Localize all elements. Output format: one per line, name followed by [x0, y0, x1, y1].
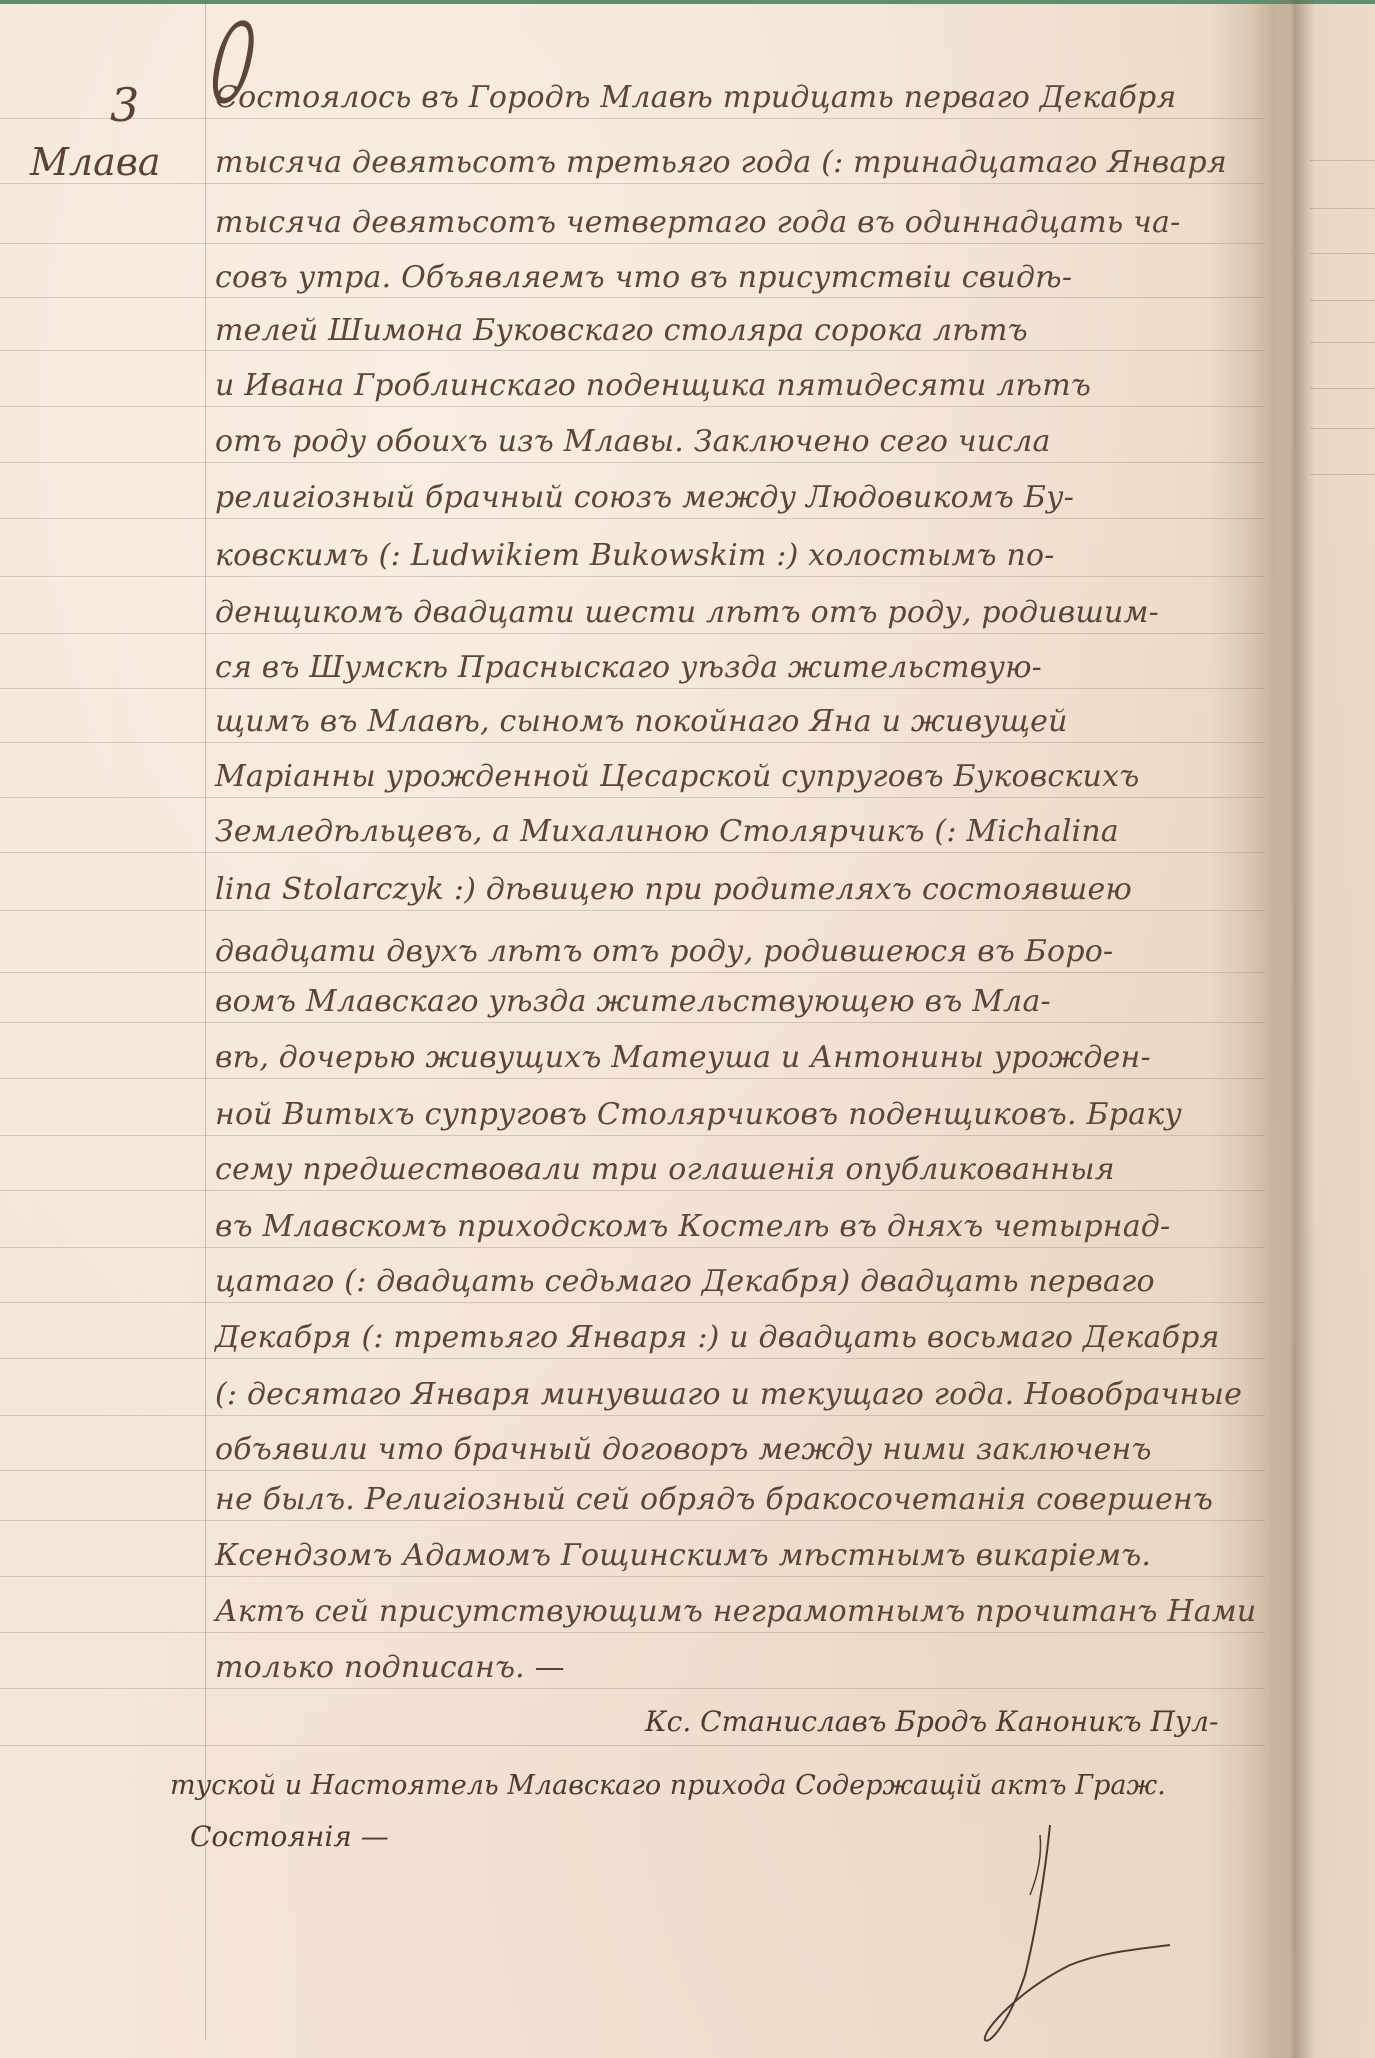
record-line: (: десятаго Января минувшаго и текущаго … [215, 1377, 1242, 1412]
ruled-line [0, 1415, 1265, 1416]
officiant-signature-line-2: туской и Настоятель Млавскаго прихода Со… [170, 1770, 1166, 1801]
record-line: Актъ сей присутствующимъ неграмотнымъ пр… [215, 1594, 1256, 1629]
record-line: lina Stolarczyk :) дѣвицею при родителях… [215, 872, 1132, 907]
ruled-line [0, 1576, 1265, 1577]
document-page: 3 Млава O Состоялось въ Городѣ Млавѣ три… [0, 0, 1375, 2058]
record-line: религіозный брачный союзъ между Людовико… [215, 480, 1074, 515]
ruled-line [0, 243, 1265, 244]
record-line: тысяча девятьсотъ третьяго года (: трина… [215, 145, 1227, 180]
record-line: и Ивана Гроблинскаго поденщика пятидесят… [215, 368, 1091, 403]
record-line: въ Млавскомъ приходскомъ Костелѣ въ днях… [215, 1209, 1170, 1244]
next-page-ruled-line [1310, 342, 1375, 343]
ruled-line [0, 350, 1265, 351]
page-top-edge [0, 0, 1375, 4]
ruled-line [0, 1190, 1265, 1191]
record-line: телей Шимона Буковскаго столяра сорока л… [215, 313, 1028, 348]
ruled-line [0, 1135, 1265, 1136]
next-page-ruled-line [1310, 160, 1375, 161]
ruled-line [0, 183, 1265, 184]
record-line: ся въ Шумскѣ Прасныскаго уѣзда жительств… [215, 650, 1042, 685]
record-line: только подписанъ. — [215, 1650, 565, 1685]
record-line: отъ роду обоихъ изъ Млавы. Заключено сег… [215, 424, 1051, 459]
margin-rule [205, 0, 206, 2040]
ruled-line [0, 1022, 1265, 1023]
ruled-line [0, 1358, 1265, 1359]
ruled-line [0, 1520, 1265, 1521]
record-line: вѣ, дочерью живущихъ Матеуша и Антонины … [215, 1040, 1151, 1075]
ruled-line [0, 1632, 1265, 1633]
ruled-line [0, 972, 1265, 973]
next-page-ruled-line [1310, 388, 1375, 389]
ruled-line [0, 1470, 1265, 1471]
signature-flourish [930, 1815, 1190, 2055]
ruled-line [0, 406, 1265, 407]
ruled-line [0, 910, 1265, 911]
record-line: ковскимъ (: Ludwikiem Bukowskim :) холос… [215, 538, 1055, 573]
next-page-ruled-line [1310, 253, 1375, 254]
record-line: двадцати двухъ лѣтъ отъ роду, родившеюся… [215, 934, 1113, 969]
ruled-line [0, 518, 1265, 519]
ruled-line [0, 688, 1265, 689]
record-line: сему предшествовали три оглашенія опубли… [215, 1152, 1115, 1187]
record-line: Декабря (: третьяго Января :) и двадцать… [215, 1320, 1220, 1355]
record-line: вомъ Млавскаго уѣзда жительствующею въ М… [215, 984, 1051, 1019]
entry-place: Млава [30, 140, 161, 184]
record-line: щимъ въ Млавѣ, сыномъ покойнаго Яна и жи… [215, 704, 1068, 739]
record-line: не былъ. Религіозный сей обрядъ бракосоч… [215, 1482, 1213, 1517]
ruled-line [0, 797, 1265, 798]
next-page-ruled-line [1310, 208, 1375, 209]
ruled-line [0, 1745, 1265, 1746]
record-line: объявили что брачный договоръ между ними… [215, 1432, 1152, 1467]
record-line: тысяча девятьсотъ четвертаго года въ оди… [215, 205, 1180, 240]
ruled-line [0, 297, 1265, 298]
next-page-ruled-line [1310, 300, 1375, 301]
record-line: Состоялось въ Городѣ Млавѣ тридцать перв… [215, 80, 1176, 115]
record-line: Маріанны урожденной Цесарской супруговъ … [215, 759, 1139, 794]
book-gutter [1270, 0, 1315, 2058]
officiant-signature-line-1: Кс. Станиславъ Бродъ Каноникъ Пул- [645, 1705, 1218, 1738]
entry-number: 3 [110, 78, 139, 132]
ruled-line [0, 1688, 1265, 1689]
ruled-line [0, 462, 1265, 463]
record-line: денщикомъ двадцати шести лѣтъ отъ роду, … [215, 595, 1159, 630]
record-line: Ксендзомъ Адамомъ Гощинскимъ мѣстнымъ ви… [215, 1538, 1151, 1573]
record-line: Земледѣльцевъ, а Михалиною Столярчикъ (:… [215, 814, 1119, 849]
ruled-line [0, 852, 1265, 853]
officiant-signature-line-3: Состоянія — [190, 1820, 389, 1853]
next-page-ruled-line [1310, 474, 1375, 475]
ruled-line [0, 576, 1265, 577]
ruled-line [0, 1302, 1265, 1303]
ruled-line [0, 118, 1265, 119]
ruled-line [0, 633, 1265, 634]
record-line: цатаго (: двадцать седьмаго Декабря) два… [215, 1264, 1155, 1299]
next-page-ruled-line [1310, 428, 1375, 429]
ruled-line [0, 742, 1265, 743]
record-line: совъ утра. Объявляемъ что въ присутствіи… [215, 260, 1072, 295]
ruled-line [0, 1078, 1265, 1079]
record-line: ной Витыхъ супруговъ Столярчиковъ поденщ… [215, 1097, 1182, 1132]
ruled-line [0, 1247, 1265, 1248]
